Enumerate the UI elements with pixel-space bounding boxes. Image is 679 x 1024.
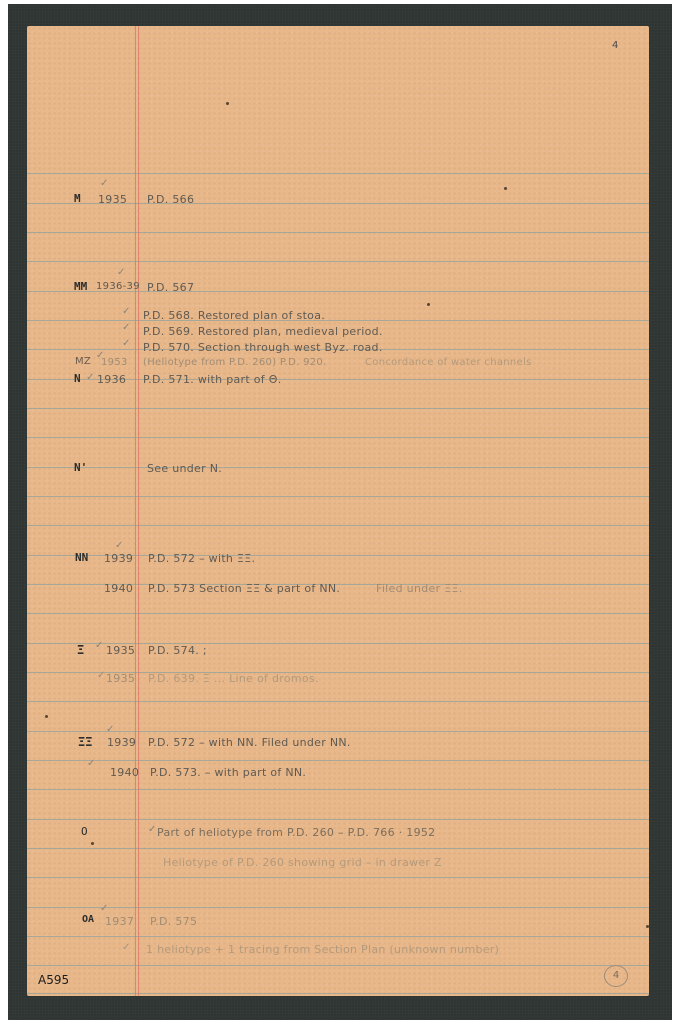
entry-key: ΞΞ — [78, 735, 92, 749]
ruled-line — [27, 731, 649, 732]
entry-key: MZ — [75, 356, 91, 367]
entry-year: 1935 — [106, 672, 135, 685]
ruled-line — [27, 232, 649, 233]
entry-year: 1939 — [107, 736, 136, 749]
entry-text: P.D. 568. Restored plan of stoa. — [143, 309, 325, 322]
page-number: 4 — [612, 40, 618, 51]
ruled-line — [27, 496, 649, 497]
entry-text: See under N. — [147, 462, 222, 475]
entry-faint-note: Filed under ΞΞ. — [376, 582, 463, 595]
entry-faint-note: Concordance of water channels — [365, 357, 532, 368]
ledger-page — [27, 26, 649, 996]
entry-year: 1935 — [98, 193, 127, 206]
entry-text: P.D. 567 — [147, 281, 194, 294]
red-margin-line — [135, 26, 136, 996]
ruled-line — [27, 467, 649, 468]
ruled-line — [27, 907, 649, 908]
entry-year: 1940 — [104, 582, 133, 595]
entry-text: P.D. 573. – with part of NN. — [150, 766, 306, 779]
check-mark-icon: ✓ — [106, 724, 114, 735]
ruled-line — [27, 877, 649, 878]
paper-speck — [91, 842, 94, 845]
entry-year: 1936-39 — [96, 281, 140, 292]
paper-speck — [226, 102, 229, 105]
circled-page-number: 4 — [604, 965, 628, 987]
entry-year: 1935 — [106, 644, 135, 657]
ruled-line — [27, 613, 649, 614]
ruled-line — [27, 848, 649, 849]
entry-text: P.D. 571. with part of Θ. — [143, 373, 282, 386]
check-mark-icon: ✓ — [122, 942, 130, 953]
ruled-line — [27, 936, 649, 937]
paper-speck — [45, 715, 48, 718]
entry-text: P.D. 566 — [147, 193, 194, 206]
check-mark-icon: ✓ — [115, 540, 123, 551]
check-mark-icon: ✓ — [148, 824, 156, 835]
entry-text: P.D. 572 – with ΞΞ. — [148, 552, 255, 565]
entry-year: 1937 — [105, 915, 134, 928]
ruled-line — [27, 525, 649, 526]
ruled-line — [27, 320, 649, 321]
catalog-number: A595 — [38, 973, 69, 987]
ruled-line — [27, 760, 649, 761]
entry-year: 1940 — [110, 766, 139, 779]
entry-text: P.D. 569. Restored plan, medieval period… — [143, 325, 383, 338]
paper-speck — [427, 303, 430, 306]
entry-year: 1953 — [101, 357, 128, 368]
ruled-line — [27, 701, 649, 702]
check-mark-icon: ✓ — [117, 267, 125, 278]
entry-faint-note: P.D. 639. Ξ ... Line of dromos. — [148, 672, 319, 685]
entry-faint-note: 1 heliotype + 1 tracing from Section Pla… — [146, 943, 499, 956]
entry-text: P.D. 572 – with NN. Filed under NN. — [148, 736, 351, 749]
entry-key: OA — [82, 914, 94, 925]
check-mark-icon: ✓ — [122, 322, 130, 333]
entry-text: P.D. 574. ; — [148, 644, 207, 657]
check-mark-icon: ✓ — [122, 338, 130, 349]
entry-year: 1936 — [97, 373, 126, 386]
ruled-line — [27, 965, 649, 966]
check-mark-icon: ✓ — [97, 670, 105, 681]
entry-key: Ξ — [77, 643, 84, 657]
red-margin-line — [138, 26, 139, 996]
entry-key: MM — [74, 280, 87, 293]
ruled-line — [27, 261, 649, 262]
entry-year: 1939 — [104, 552, 133, 565]
check-mark-icon: ✓ — [122, 306, 130, 317]
paper-speck — [504, 187, 507, 190]
ruled-line — [27, 408, 649, 409]
ruled-line — [27, 173, 649, 174]
entry-key: N' — [74, 461, 87, 474]
entry-key: O — [81, 825, 88, 838]
check-mark-icon: ✓ — [87, 758, 95, 769]
entry-text: Part of heliotype from P.D. 260 – P.D. 7… — [157, 826, 436, 839]
entry-text: (Heliotype from P.D. 260) P.D. 920. — [143, 357, 327, 368]
check-mark-icon: ✓ — [100, 903, 108, 914]
paper-speck — [646, 925, 649, 928]
ruled-line — [27, 993, 649, 994]
entry-key: NN — [75, 551, 88, 564]
entry-text: P.D. 573 Section ΞΞ & part of NN. — [148, 582, 340, 595]
ruled-line — [27, 789, 649, 790]
check-mark-icon: ✓ — [100, 178, 108, 189]
entry-key: N — [74, 372, 81, 385]
entry-text: P.D. 570. Section through west Byz. road… — [143, 341, 383, 354]
entry-text: P.D. 575 — [150, 915, 197, 928]
ruled-line — [27, 819, 649, 820]
ruled-line — [27, 437, 649, 438]
entry-key: M — [74, 192, 81, 205]
check-mark-icon: ✓ — [86, 372, 94, 383]
check-mark-icon: ✓ — [95, 640, 103, 651]
entry-faint-note: Heliotype of P.D. 260 showing grid – in … — [163, 856, 442, 869]
